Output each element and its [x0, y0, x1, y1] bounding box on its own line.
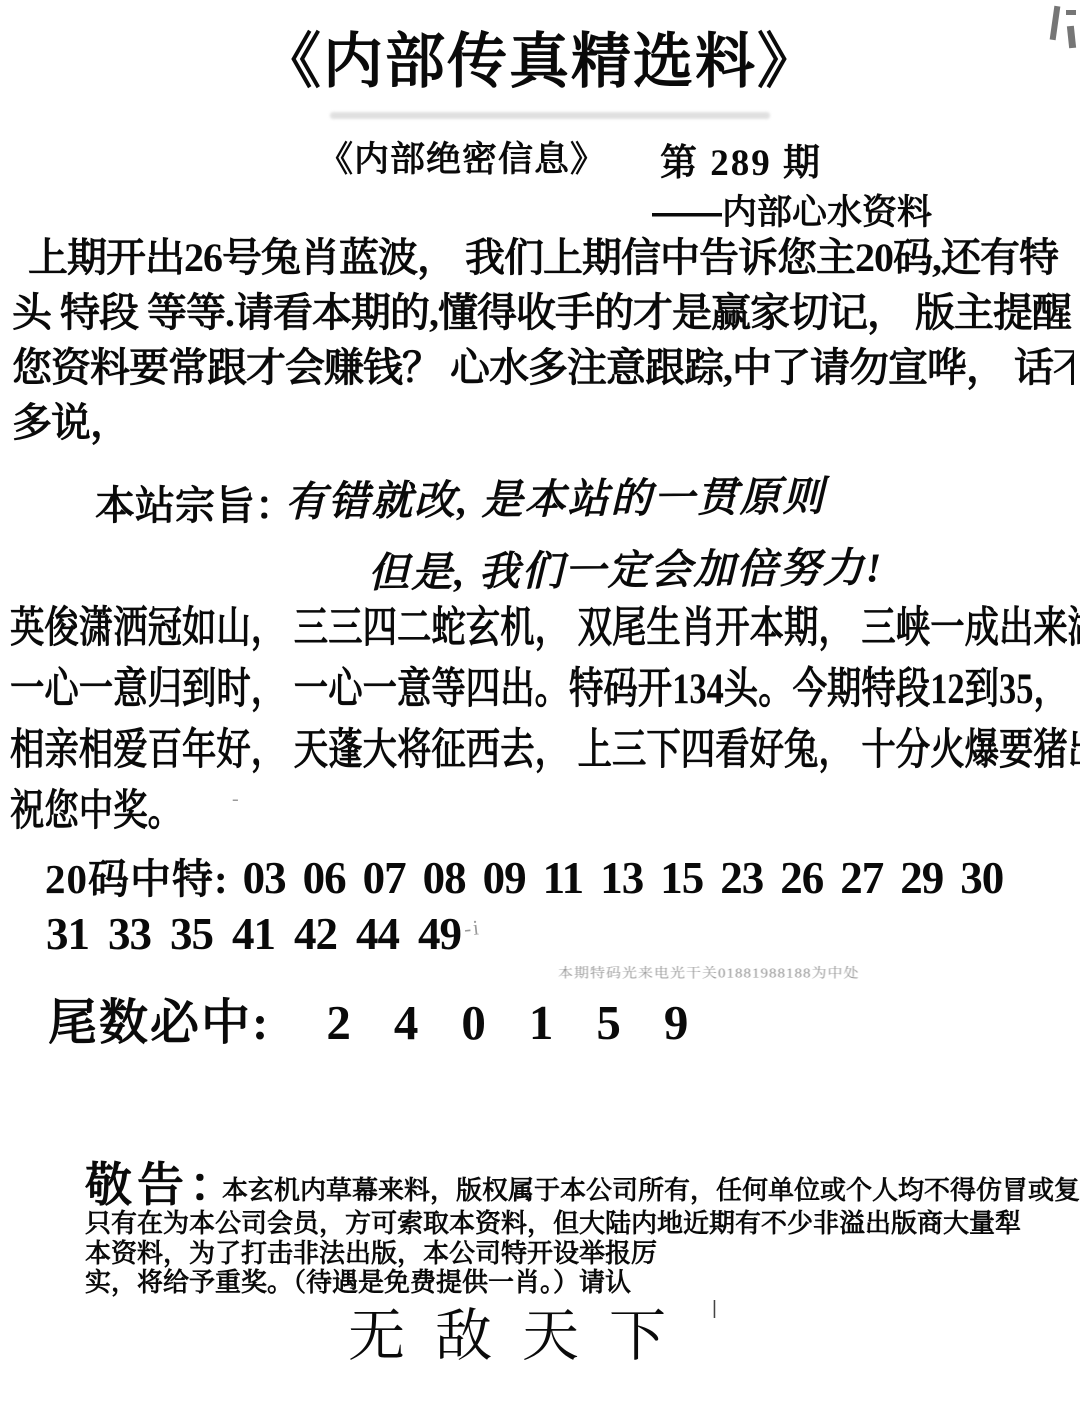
number: 26	[780, 852, 823, 904]
scan-smudge	[330, 112, 770, 119]
number: 35	[170, 908, 213, 960]
number: 09	[483, 852, 526, 904]
scan-artifact: -	[232, 788, 239, 811]
tail-label: 尾数必中:	[48, 984, 270, 1054]
intro-line-2: 头 特段 等等.请看本期的,懂得收手的才是赢家切记， 版主提醒	[12, 285, 1074, 340]
scan-artifact: |	[712, 1298, 717, 1320]
scan-artifact: -i	[463, 915, 482, 942]
number: 03	[243, 852, 286, 904]
motto-line-2: 但是, 我们一定会加倍努力!	[368, 534, 884, 598]
poem-line-1: 英俊潇洒冠如山， 三三四二蛇玄机， 双尾生肖开本期， 三峡一成出来湖	[10, 598, 861, 659]
intro-line-1: 上期开出26号兔肖蓝波， 我们上期信中告诉您主20码,还有特	[12, 230, 1074, 285]
tip-poem: 英俊潇洒冠如山， 三三四二蛇玄机， 双尾生肖开本期， 三峡一成出来湖 一心一意归…	[10, 598, 1074, 842]
poem-line-3: 相亲相爱百年好， 天蓬大将征西去， 上三下四看好兔， 十分火爆要猪出。	[10, 720, 861, 781]
footer-slogan: 无敌天下	[348, 1290, 696, 1372]
page-title: 《内部传真精选料》	[0, 14, 1080, 100]
poem-line-4: 祝您中奖。	[10, 781, 861, 842]
number: 30	[960, 852, 1003, 904]
number: 4	[394, 994, 418, 1051]
number: 5	[596, 994, 620, 1051]
number: 07	[363, 852, 406, 904]
number: 0	[461, 994, 485, 1051]
subtitle-secret-info: 《内部绝密信息》	[318, 132, 606, 182]
intro-line1-highlight-blue: 蓝	[339, 235, 378, 280]
picks-row-1: 20码中特: 03060708091113152326272930	[45, 846, 1020, 905]
tail-numbers-row: 尾数必中: 240159	[48, 984, 731, 1054]
intro-line1-pre: 上期开出26号兔肖	[28, 235, 339, 280]
number: 42	[294, 908, 337, 960]
number: 1	[529, 994, 553, 1051]
number: 31	[46, 908, 89, 960]
number: 08	[423, 852, 466, 904]
notice-line-1: 本玄机内草幕来料，版权属于本公司所有，任何单位或个人均不得仿冒或复制，	[222, 1170, 1080, 1207]
picks-label: 20码中特:	[45, 846, 229, 905]
number: 11	[543, 852, 584, 904]
picks-numbers-row1: 03060708091113152326272930	[243, 852, 1021, 904]
faint-watermark-text: 本期特码光来电光干关01881988188为中处	[558, 963, 958, 982]
intro-line-4: 多说，	[12, 395, 1074, 450]
motto-line-1: 有错就改, 是本站的一贯原则	[285, 463, 826, 528]
intro-line-3: 您资料要常跟才会赚钱？ 心水多注意跟踪,中了请勿宣哗， 话不	[12, 340, 1074, 395]
intro-paragraph: 上期开出26号兔肖蓝波， 我们上期信中告诉您主20码,还有特 头 特段 等等.请…	[12, 230, 1074, 450]
issue-number: 第 289 期	[660, 132, 822, 186]
number: 49	[418, 908, 461, 960]
number: 29	[900, 852, 943, 904]
number: 41	[232, 908, 275, 960]
picks-numbers-row2: 31333541424449	[46, 908, 480, 960]
picks-row-2: 31333541424449	[46, 908, 480, 960]
number: 27	[840, 852, 883, 904]
number: 15	[660, 852, 703, 904]
intro-line1-post: 波， 我们上期信中告诉您主20码,还有特	[378, 235, 1058, 280]
number: 23	[720, 852, 763, 904]
number: 44	[356, 908, 399, 960]
poem-line-2: 一心一意归到时， 一心一意等四出。特码开134头。今期特段12到35，	[10, 659, 861, 720]
number: 2	[326, 994, 350, 1051]
number: 06	[303, 852, 346, 904]
motto-label: 本站宗旨：	[95, 474, 295, 531]
number: 13	[600, 852, 643, 904]
fax-sheet: 《内部传真精选料》 《内部绝密信息》 第 289 期 ——内部心水资料 上期开出…	[0, 0, 1080, 1403]
tail-digits: 240159	[326, 994, 731, 1051]
number: 33	[108, 908, 151, 960]
scan-noise-fragment	[1066, 10, 1076, 15]
number: 9	[664, 994, 688, 1051]
subtitle-heart-water: ——内部心水资料	[652, 185, 932, 235]
